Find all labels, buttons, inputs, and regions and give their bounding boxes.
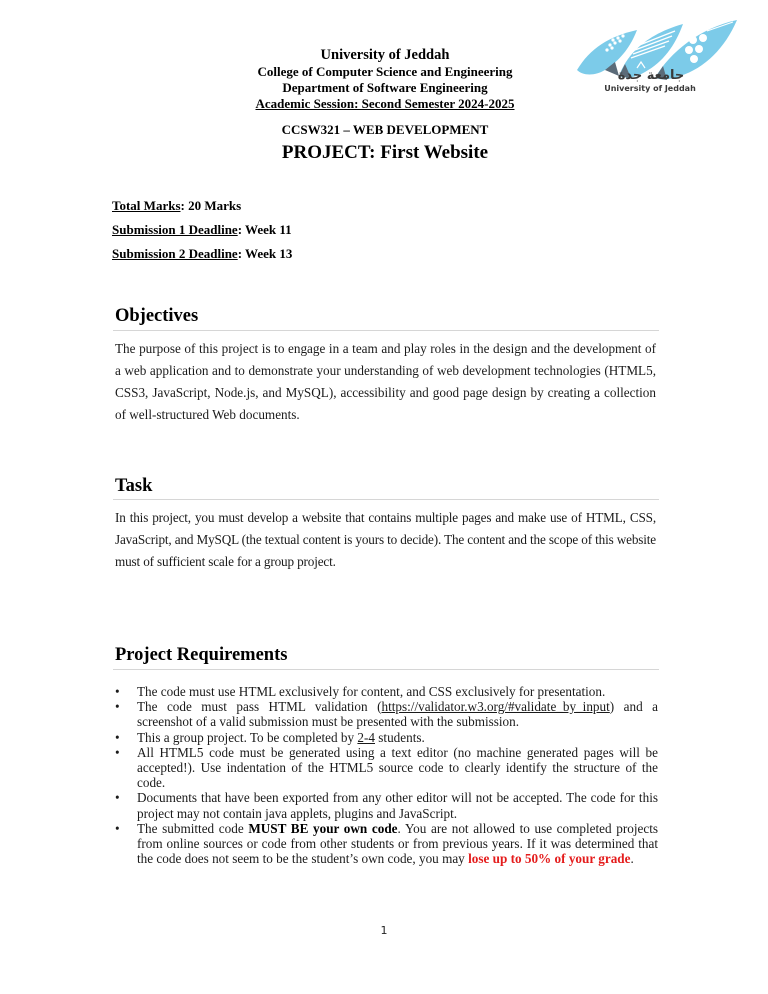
requirement-text: The code must pass HTML validation (: [137, 699, 381, 714]
bullet-icon: •: [115, 699, 120, 714]
submission-1-value: : Week 11: [238, 222, 292, 237]
submission-1-deadline: Submission 1 Deadline: Week 11: [112, 222, 292, 238]
bullet-icon: •: [115, 684, 120, 699]
submission-2-value: : Week 13: [238, 246, 293, 261]
document-header: University of Jeddah College of Computer…: [230, 47, 540, 112]
list-item: • The submitted code MUST BE your own co…: [113, 821, 658, 867]
total-marks: Total Marks: 20 Marks: [112, 198, 241, 214]
requirement-text: Documents that have been exported from a…: [137, 790, 658, 820]
list-item: • Documents that have been exported from…: [113, 790, 658, 820]
objectives-heading: Objectives: [115, 306, 198, 327]
university-name: University of Jeddah: [230, 47, 540, 64]
list-item: • The code must use HTML exclusively for…: [113, 684, 658, 699]
total-marks-value: : 20 Marks: [181, 198, 242, 213]
bullet-icon: •: [115, 821, 120, 836]
requirement-text: .: [630, 851, 633, 866]
own-code-emphasis: MUST BE your own code: [248, 821, 397, 836]
page-number: 1: [374, 924, 394, 937]
course-title: CCSW321 – WEB DEVELOPMENT: [230, 122, 540, 138]
requirement-text: This a group project. To be completed by: [137, 730, 357, 745]
submission-2-deadline: Submission 2 Deadline: Week 13: [112, 246, 292, 262]
requirement-text: All HTML5 code must be generated using a…: [137, 745, 658, 790]
list-item: • This a group project. To be completed …: [113, 730, 658, 745]
requirement-text: students.: [375, 730, 425, 745]
list-item: • The code must pass HTML validation (ht…: [113, 699, 658, 729]
department-name: Department of Software Engineering: [230, 80, 540, 96]
objectives-text: The purpose of this project is to engage…: [115, 338, 656, 426]
requirements-list: • The code must use HTML exclusively for…: [113, 684, 658, 866]
submission-2-label: Submission 2 Deadline: [112, 246, 238, 261]
validator-link[interactable]: https://validator.w3.org/#validate_by_in…: [381, 699, 609, 714]
academic-session: Academic Session: Second Semester 2024-2…: [230, 96, 540, 112]
list-item: • All HTML5 code must be generated using…: [113, 745, 658, 791]
requirements-divider: [113, 669, 659, 670]
penalty-warning: lose up to 50% of your grade: [468, 851, 630, 866]
objectives-divider: [113, 330, 659, 331]
group-size: 2-4: [357, 730, 375, 745]
bullet-icon: •: [115, 730, 120, 745]
logo-arabic-name: جامعة جدة: [596, 69, 706, 83]
bullet-icon: •: [115, 745, 120, 760]
total-marks-label: Total Marks: [112, 198, 181, 213]
logo-english-name: University of Jeddah: [588, 84, 712, 94]
project-title: PROJECT: First Website: [200, 142, 570, 164]
requirement-text: The submitted code: [137, 821, 248, 836]
task-heading: Task: [115, 476, 152, 497]
college-name: College of Computer Science and Engineer…: [230, 64, 540, 80]
submission-1-label: Submission 1 Deadline: [112, 222, 238, 237]
task-divider: [113, 499, 659, 500]
bullet-icon: •: [115, 790, 120, 805]
document-page: University of Jeddah College of Computer…: [0, 0, 768, 994]
requirement-text: The code must use HTML exclusively for c…: [137, 684, 605, 699]
task-text: In this project, you must develop a webs…: [115, 507, 656, 573]
requirements-heading: Project Requirements: [115, 645, 287, 666]
